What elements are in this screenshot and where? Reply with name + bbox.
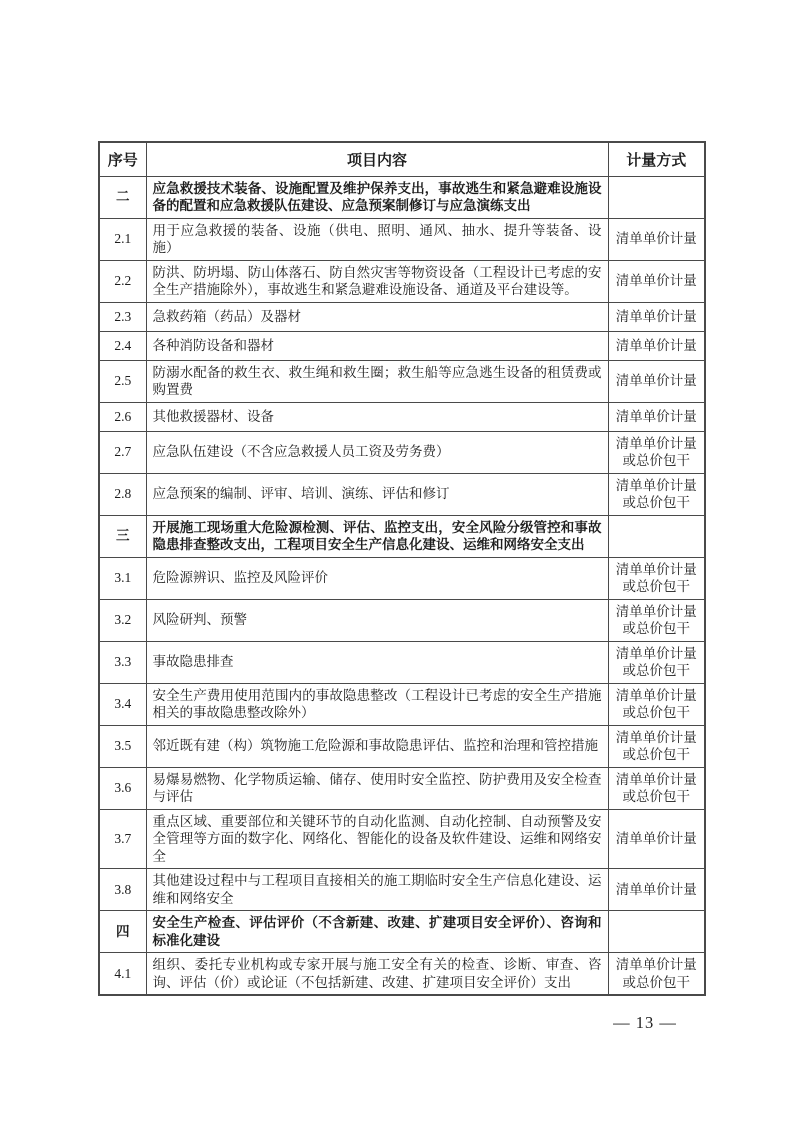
cell-measure: 清单单价计量或总价包干 bbox=[608, 431, 705, 473]
table-body: 二应急救援技术装备、设施配置及维护保养支出，事故逃生和紧急避难设施设备的配置和应… bbox=[99, 176, 705, 995]
col-header-content: 项目内容 bbox=[146, 142, 608, 176]
cell-no: 2.1 bbox=[99, 218, 146, 260]
cell-content: 事故隐患排查 bbox=[146, 641, 608, 683]
cell-no: 四 bbox=[99, 911, 146, 953]
cell-no: 2.7 bbox=[99, 431, 146, 473]
cell-measure: 清单单价计量 bbox=[608, 360, 705, 402]
table-row: 2.7应急队伍建设（不含应急救援人员工资及劳务费）清单单价计量或总价包干 bbox=[99, 431, 705, 473]
cell-measure: 清单单价计量 bbox=[608, 260, 705, 302]
cell-no: 2.2 bbox=[99, 260, 146, 302]
cost-items-table: 序号 项目内容 计量方式 二应急救援技术装备、设施配置及维护保养支出，事故逃生和… bbox=[98, 141, 706, 996]
table-row: 2.3急救药箱（药品）及器材清单单价计量 bbox=[99, 302, 705, 331]
table-row: 3.6易爆易燃物、化学物质运输、储存、使用时安全监控、防护费用及安全检查与评估清… bbox=[99, 767, 705, 809]
cell-measure: 清单单价计量或总价包干 bbox=[608, 953, 705, 996]
cell-content: 防溺水配备的救生衣、救生绳和救生圈；救生船等应急逃生设备的租赁费或购置费 bbox=[146, 360, 608, 402]
table-row: 2.6其他救援器材、设备清单单价计量 bbox=[99, 402, 705, 431]
cell-content: 邻近既有建（构）筑物施工危险源和事故隐患评估、监控和治理和管控措施 bbox=[146, 725, 608, 767]
table-row: 2.2防洪、防坍塌、防山体落石、防自然灾害等物资设备（工程设计已考虑的安全生产措… bbox=[99, 260, 705, 302]
section-row: 三开展施工现场重大危险源检测、评估、监控支出，安全风险分级管控和事故隐患排查整改… bbox=[99, 515, 705, 557]
table-row: 3.7重点区域、重要部位和关键环节的自动化监测、自动化控制、自动预警及安全管理等… bbox=[99, 809, 705, 869]
table-row: 3.2风险研判、预警清单单价计量或总价包干 bbox=[99, 599, 705, 641]
cell-measure: 清单单价计量或总价包干 bbox=[608, 599, 705, 641]
section-row: 四安全生产检查、评估评价（不含新建、改建、扩建项目安全评价）、咨询和标准化建设 bbox=[99, 911, 705, 953]
cell-no: 2.5 bbox=[99, 360, 146, 402]
cell-measure: 清单单价计量 bbox=[608, 331, 705, 360]
cell-content: 其他建设过程中与工程项目直接相关的施工期临时安全生产信息化建设、运维和网络安全 bbox=[146, 869, 608, 911]
table-row: 3.1危险源辨识、监控及风险评价清单单价计量或总价包干 bbox=[99, 557, 705, 599]
cell-measure: 清单单价计量或总价包干 bbox=[608, 641, 705, 683]
col-header-measure: 计量方式 bbox=[608, 142, 705, 176]
cell-no: 4.1 bbox=[99, 953, 146, 996]
cell-measure: 清单单价计量或总价包干 bbox=[608, 683, 705, 725]
cell-content: 安全生产检查、评估评价（不含新建、改建、扩建项目安全评价）、咨询和标准化建设 bbox=[146, 911, 608, 953]
cell-content: 其他救援器材、设备 bbox=[146, 402, 608, 431]
cell-content: 各种消防设备和器材 bbox=[146, 331, 608, 360]
cell-no: 2.6 bbox=[99, 402, 146, 431]
cell-content: 应急预案的编制、评审、培训、演练、评估和修订 bbox=[146, 473, 608, 515]
cell-measure: 清单单价计量或总价包干 bbox=[608, 557, 705, 599]
cell-measure: 清单单价计量 bbox=[608, 218, 705, 260]
cell-content: 应急队伍建设（不含应急救援人员工资及劳务费） bbox=[146, 431, 608, 473]
cell-content: 防洪、防坍塌、防山体落石、防自然灾害等物资设备（工程设计已考虑的安全生产措施除外… bbox=[146, 260, 608, 302]
table-row: 4.1组织、委托专业机构或专家开展与施工安全有关的检查、诊断、审查、咨询、评估（… bbox=[99, 953, 705, 996]
page-number: — 13 — bbox=[593, 1013, 697, 1033]
table-row: 2.8应急预案的编制、评审、培训、演练、评估和修订清单单价计量或总价包干 bbox=[99, 473, 705, 515]
cell-measure: 清单单价计量 bbox=[608, 402, 705, 431]
cell-content: 重点区域、重要部位和关键环节的自动化监测、自动化控制、自动预警及安全管理等方面的… bbox=[146, 809, 608, 869]
cell-no: 三 bbox=[99, 515, 146, 557]
cell-no: 3.1 bbox=[99, 557, 146, 599]
cell-measure: 清单单价计量 bbox=[608, 302, 705, 331]
cell-content: 组织、委托专业机构或专家开展与施工安全有关的检查、诊断、审查、咨询、评估（价）或… bbox=[146, 953, 608, 996]
table-row: 3.4安全生产费用使用范围内的事故隐患整改（工程设计已考虑的安全生产措施相关的事… bbox=[99, 683, 705, 725]
table-row: 3.3事故隐患排查清单单价计量或总价包干 bbox=[99, 641, 705, 683]
cell-no: 3.3 bbox=[99, 641, 146, 683]
cell-measure: 清单单价计量或总价包干 bbox=[608, 473, 705, 515]
cell-content: 应急救援技术装备、设施配置及维护保养支出，事故逃生和紧急避难设施设备的配置和应急… bbox=[146, 176, 608, 218]
cell-measure: 清单单价计量 bbox=[608, 869, 705, 911]
cell-no: 2.4 bbox=[99, 331, 146, 360]
cell-content: 开展施工现场重大危险源检测、评估、监控支出，安全风险分级管控和事故隐患排查整改支… bbox=[146, 515, 608, 557]
cell-content: 风险研判、预警 bbox=[146, 599, 608, 641]
cell-measure: 清单单价计量 bbox=[608, 809, 705, 869]
cell-measure: 清单单价计量或总价包干 bbox=[608, 725, 705, 767]
cell-content: 急救药箱（药品）及器材 bbox=[146, 302, 608, 331]
cell-measure bbox=[608, 515, 705, 557]
table-row: 2.4各种消防设备和器材清单单价计量 bbox=[99, 331, 705, 360]
cell-content: 用于应急救援的装备、设施（供电、照明、通风、抽水、提升等装备、设施） bbox=[146, 218, 608, 260]
cell-content: 危险源辨识、监控及风险评价 bbox=[146, 557, 608, 599]
table-row: 2.5防溺水配备的救生衣、救生绳和救生圈；救生船等应急逃生设备的租赁费或购置费清… bbox=[99, 360, 705, 402]
cell-content: 安全生产费用使用范围内的事故隐患整改（工程设计已考虑的安全生产措施相关的事故隐患… bbox=[146, 683, 608, 725]
cell-measure bbox=[608, 911, 705, 953]
cell-measure: 清单单价计量或总价包干 bbox=[608, 767, 705, 809]
col-header-no: 序号 bbox=[99, 142, 146, 176]
cell-no: 3.7 bbox=[99, 809, 146, 869]
header-row: 序号 项目内容 计量方式 bbox=[99, 142, 705, 176]
cell-no: 二 bbox=[99, 176, 146, 218]
cell-no: 2.8 bbox=[99, 473, 146, 515]
cell-no: 3.2 bbox=[99, 599, 146, 641]
table-row: 3.8其他建设过程中与工程项目直接相关的施工期临时安全生产信息化建设、运维和网络… bbox=[99, 869, 705, 911]
cell-content: 易爆易燃物、化学物质运输、储存、使用时安全监控、防护费用及安全检查与评估 bbox=[146, 767, 608, 809]
document-page: 序号 项目内容 计量方式 二应急救援技术装备、设施配置及维护保养支出，事故逃生和… bbox=[0, 0, 800, 1132]
table-row: 2.1用于应急救援的装备、设施（供电、照明、通风、抽水、提升等装备、设施）清单单… bbox=[99, 218, 705, 260]
section-row: 二应急救援技术装备、设施配置及维护保养支出，事故逃生和紧急避难设施设备的配置和应… bbox=[99, 176, 705, 218]
cell-no: 3.4 bbox=[99, 683, 146, 725]
cell-no: 3.6 bbox=[99, 767, 146, 809]
cell-no: 3.5 bbox=[99, 725, 146, 767]
cell-no: 3.8 bbox=[99, 869, 146, 911]
cell-measure bbox=[608, 176, 705, 218]
table-row: 3.5邻近既有建（构）筑物施工危险源和事故隐患评估、监控和治理和管控措施清单单价… bbox=[99, 725, 705, 767]
cell-no: 2.3 bbox=[99, 302, 146, 331]
